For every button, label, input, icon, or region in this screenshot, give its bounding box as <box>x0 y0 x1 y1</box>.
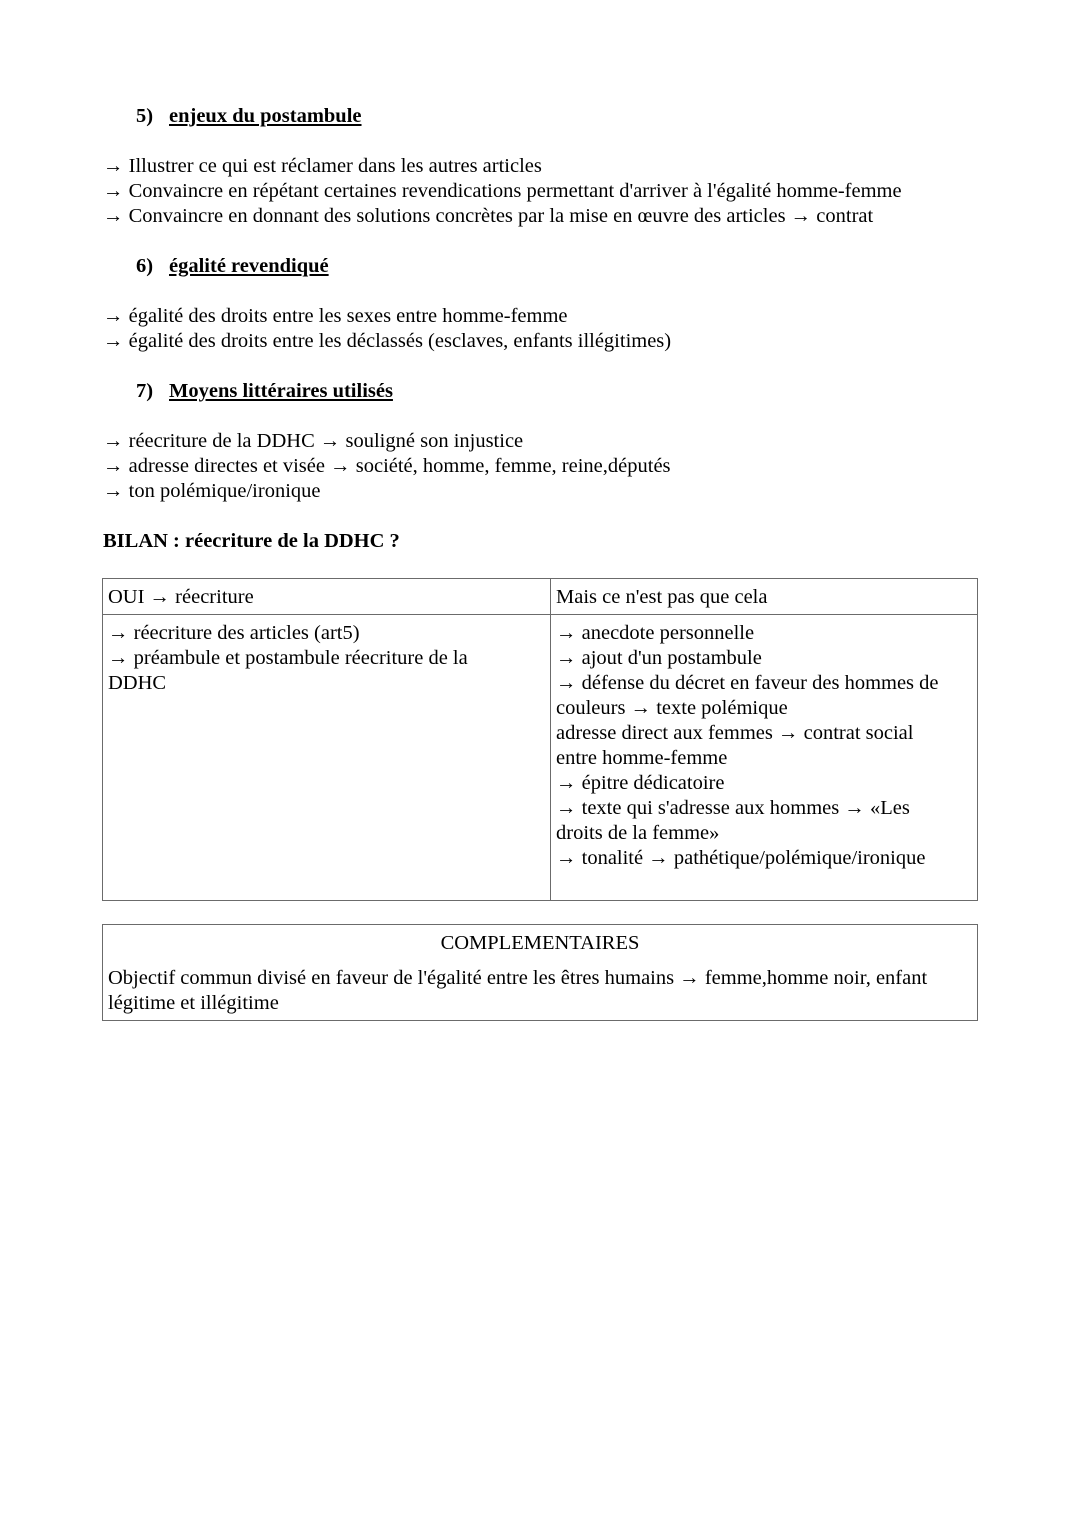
cell-line: DDHC <box>108 671 545 696</box>
table-cell-mais: → anecdote personnelle → ajout d'un post… <box>551 615 978 901</box>
cell-line: → épitre dédicatoire <box>556 771 972 796</box>
table-header-row: OUI → réecriture Mais ce n'est pas que c… <box>103 579 978 615</box>
cell-line: → anecdote personnelle <box>556 621 972 646</box>
section-title: égalité revendiqué <box>169 255 329 277</box>
table-row: → réecriture des articles (art5) → préam… <box>103 615 978 901</box>
complementaires-box: COMPLEMENTAIRES Objectif commun divisé e… <box>102 924 978 1021</box>
section-number: 5) <box>136 104 169 129</box>
section-6-heading: 6)égalité revendiqué <box>136 254 329 279</box>
table-header-mais: Mais ce n'est pas que cela <box>551 579 978 615</box>
bilan-heading: BILAN : réecriture de la DDHC ? <box>103 529 400 554</box>
section-5-heading: 5)enjeux du postambule <box>136 104 362 129</box>
section-title: enjeux du postambule <box>169 105 362 127</box>
list-item: → Illustrer ce qui est réclamer dans les… <box>103 154 902 179</box>
section-number: 7) <box>136 379 169 404</box>
list-item: → Convaincre en donnant des solutions co… <box>103 204 902 229</box>
cell-line: → préambule et postambule réecriture de … <box>108 646 545 671</box>
list-item: → réecriture de la DDHC → souligné son i… <box>103 429 671 454</box>
cell-line: entre homme-femme <box>556 746 972 771</box>
cell-line: → tonalité → pathétique/polémique/ironiq… <box>556 846 972 871</box>
list-item: → égalité des droits entre les sexes ent… <box>103 304 671 329</box>
list-item: → adresse directes et visée → société, h… <box>103 454 671 479</box>
document-page: 5)enjeux du postambule → Illustrer ce qu… <box>0 0 1080 1528</box>
section-7-heading: 7)Moyens littéraires utilisés <box>136 379 393 404</box>
bilan-table: OUI → réecriture Mais ce n'est pas que c… <box>102 578 978 901</box>
section-7-list: → réecriture de la DDHC → souligné son i… <box>103 429 671 504</box>
section-title: Moyens littéraires utilisés <box>169 380 393 402</box>
table-header-oui: OUI → réecriture <box>103 579 551 615</box>
cell-line: → défense du décret en faveur des hommes… <box>556 671 972 696</box>
section-5-list: → Illustrer ce qui est réclamer dans les… <box>103 154 902 229</box>
section-number: 6) <box>136 254 169 279</box>
list-item: → égalité des droits entre les déclassés… <box>103 329 671 354</box>
list-item: → ton polémique/ironique <box>103 479 671 504</box>
cell-line: couleurs → texte polémique <box>556 696 972 721</box>
list-item: → Convaincre en répétant certaines reven… <box>103 179 902 204</box>
complementaires-title: COMPLEMENTAIRES <box>103 931 977 956</box>
table-cell-oui: → réecriture des articles (art5) → préam… <box>103 615 551 901</box>
complementaires-text: Objectif commun divisé en faveur de l'ég… <box>108 966 972 1016</box>
cell-line: droits de la femme» <box>556 821 972 846</box>
section-6-list: → égalité des droits entre les sexes ent… <box>103 304 671 354</box>
cell-line: → texte qui s'adresse aux hommes → «Les <box>556 796 972 821</box>
cell-line: → réecriture des articles (art5) <box>108 621 545 646</box>
cell-line: adresse direct aux femmes → contrat soci… <box>556 721 972 746</box>
cell-line: → ajout d'un postambule <box>556 646 972 671</box>
